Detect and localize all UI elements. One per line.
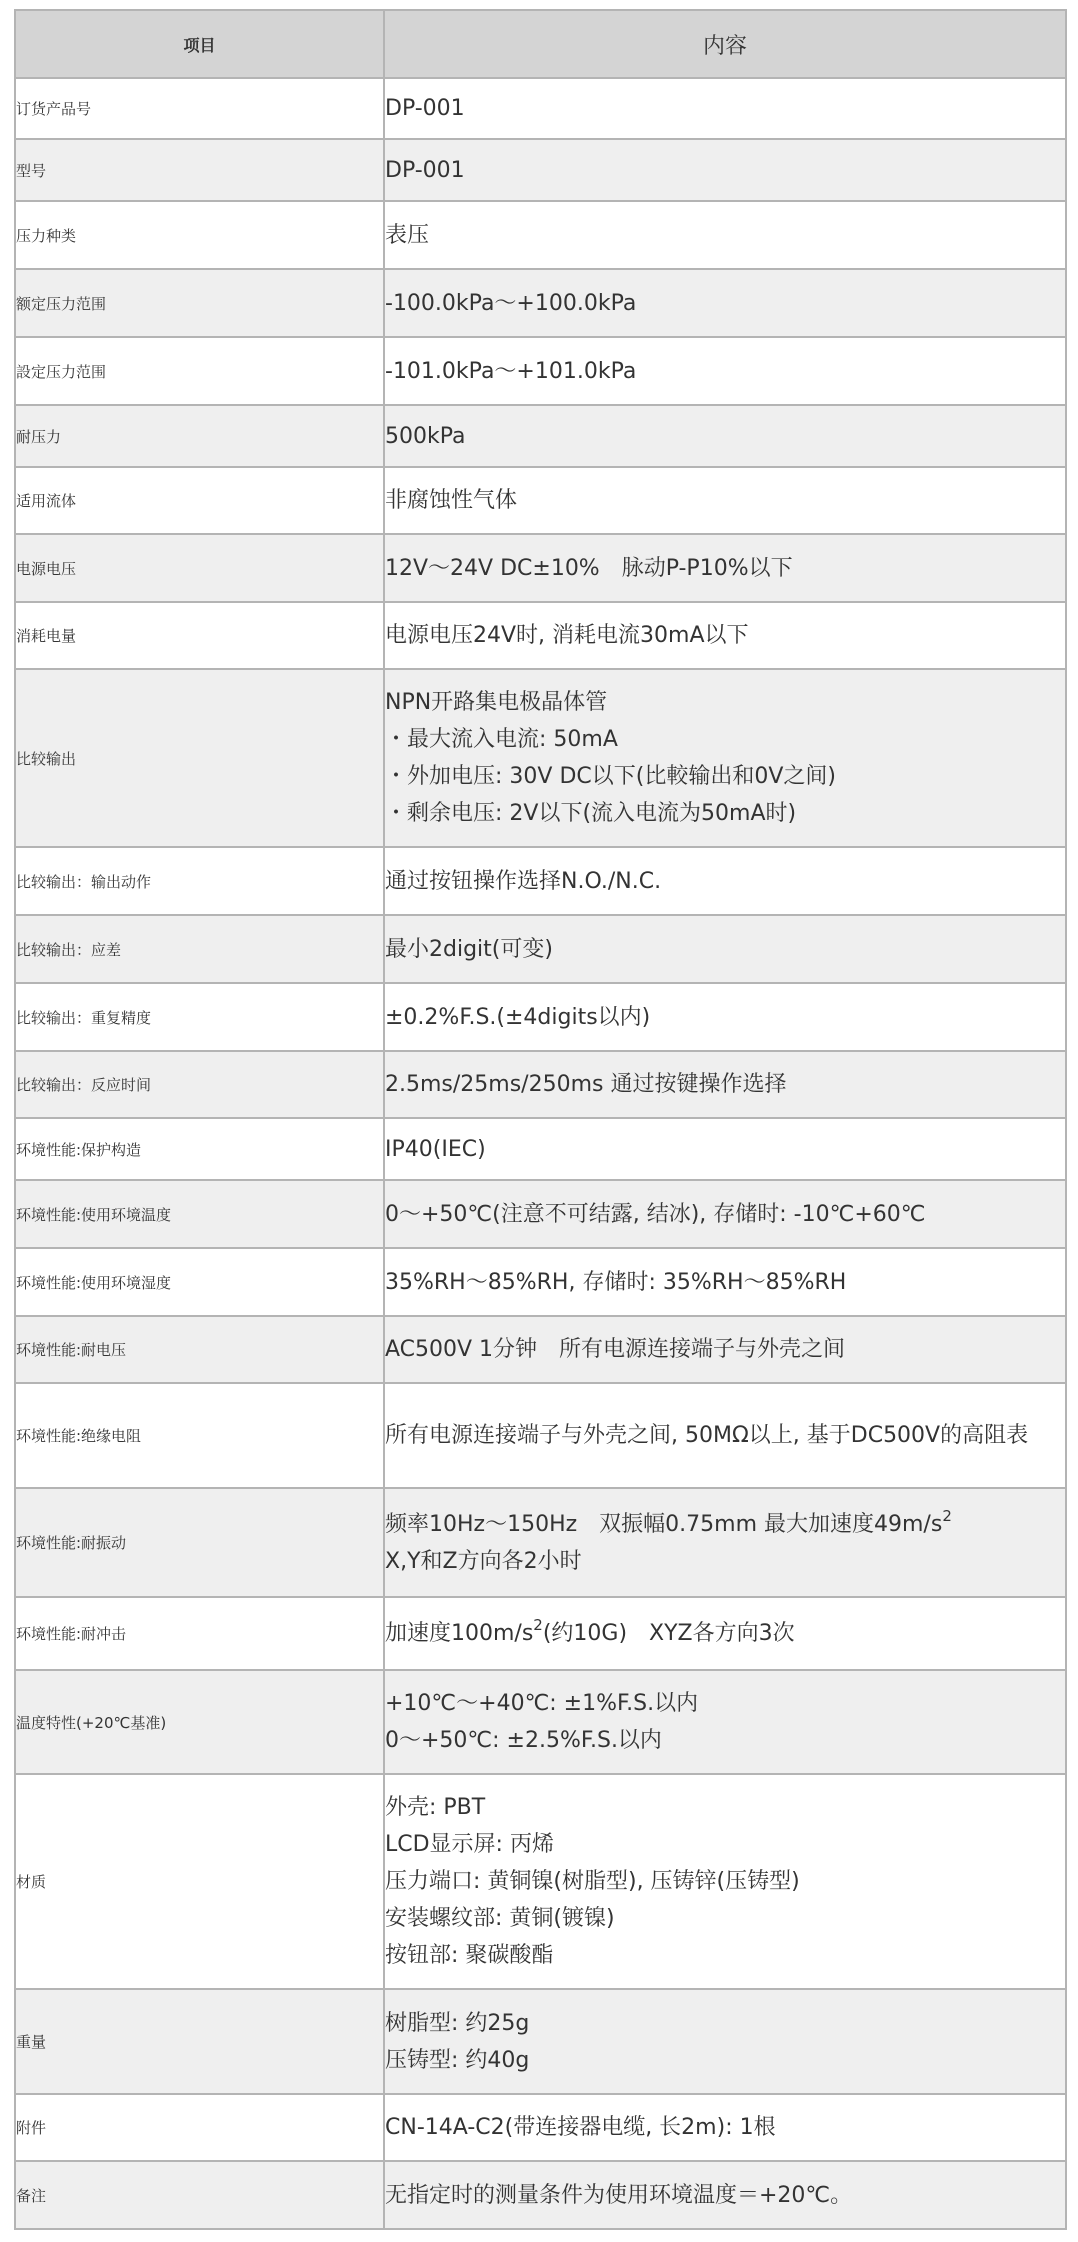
row-label: 压力种类 <box>15 201 384 269</box>
row-value: 500kPa <box>384 405 1066 467</box>
row-label: 环境性能:耐冲击 <box>15 1597 384 1670</box>
value-line: 外壳: PBT <box>385 1789 1065 1826</box>
table-row: 备注 无指定时的测量条件为使用环境温度＝+20℃。 <box>15 2161 1066 2229</box>
row-value: 非腐蚀性气体 <box>384 467 1066 534</box>
value-line: 压力端口: 黄铜镍(树脂型), 压铸锌(压铸型) <box>385 1863 1065 1900</box>
row-label: 設定压力范围 <box>15 337 384 405</box>
row-value: -101.0kPa～+101.0kPa <box>384 337 1066 405</box>
row-label: 比较输出：输出动作 <box>15 847 384 915</box>
table-row: 环境性能:使用环境温度 0～+50℃(注意不可结露, 结冰), 存储时: -10… <box>15 1180 1066 1248</box>
table-row: 电源电压 12V～24V DC±10% 脉动P-P10%以下 <box>15 534 1066 602</box>
value-line: CN-14A-C2(带连接器电缆, 长2m): 1根 <box>385 2109 1065 2146</box>
value-line: AC500V 1分钟 所有电源连接端子与外壳之间 <box>385 1331 1065 1368</box>
row-label: 消耗电量 <box>15 602 384 669</box>
table-row: 适用流体 非腐蚀性气体 <box>15 467 1066 534</box>
table-row: 比较输出 NPN开路集电极晶体管 ・最大流入电流: 50mA ・外加电压: 30… <box>15 669 1066 847</box>
row-label: 环境性能:耐电压 <box>15 1316 384 1383</box>
row-label: 电源电压 <box>15 534 384 602</box>
value-line: 加速度100m/s2(约10G) XYZ各方向3次 <box>385 1615 1065 1652</box>
row-label: 备注 <box>15 2161 384 2229</box>
row-label: 环境性能:保护构造 <box>15 1118 384 1180</box>
value-line: 安装螺纹部: 黄铜(镀镍) <box>385 1900 1065 1937</box>
row-value: 电源电压24V时, 消耗电流30mA以下 <box>384 602 1066 669</box>
row-label: 环境性能:绝缘电阻 <box>15 1383 384 1488</box>
table-row: 比较输出：应差 最小2digit(可变) <box>15 915 1066 983</box>
row-value: DP-001 <box>384 139 1066 201</box>
value-line: LCD显示屏: 丙烯 <box>385 1826 1065 1863</box>
table-row: 订货产品号 DP-001 <box>15 78 1066 139</box>
row-label: 材质 <box>15 1774 384 1989</box>
value-line: 频率10Hz～150Hz 双振幅0.75mm 最大加速度49m/s2 <box>385 1506 1065 1543</box>
table-row: 材质 外壳: PBT LCD显示屏: 丙烯 压力端口: 黄铜镍(树脂型), 压铸… <box>15 1774 1066 1989</box>
value-line: 非腐蚀性气体 <box>385 482 1065 519</box>
value-line: 表压 <box>385 217 1065 254</box>
row-value: 最小2digit(可变) <box>384 915 1066 983</box>
value-line: ・外加电压: 30V DC以下(比較输出和0V之间) <box>385 758 1065 795</box>
table-row: 环境性能:耐冲击 加速度100m/s2(约10G) XYZ各方向3次 <box>15 1597 1066 1670</box>
table-row: 比较输出：反应时间 2.5ms/25ms/250ms 通过按键操作选择 <box>15 1051 1066 1118</box>
row-label: 环境性能:使用环境湿度 <box>15 1248 384 1316</box>
value-line: DP-001 <box>385 90 1065 127</box>
row-label: 适用流体 <box>15 467 384 534</box>
row-value: 2.5ms/25ms/250ms 通过按键操作选择 <box>384 1051 1066 1118</box>
row-value: 通过按钮操作选择N.O./N.C. <box>384 847 1066 915</box>
value-line: 无指定时的测量条件为使用环境温度＝+20℃。 <box>385 2177 1065 2214</box>
value-line: 12V～24V DC±10% 脉动P-P10%以下 <box>385 550 1065 587</box>
value-line: 最小2digit(可变) <box>385 931 1065 968</box>
table-header-row: 项目 内容 <box>15 10 1066 78</box>
value-line: ・剩余电压: 2V以下(流入电流为50mA时) <box>385 795 1065 832</box>
spec-table: 项目 内容 订货产品号 DP-001 型号 DP-001 压力种类 表压 额定压… <box>14 9 1067 2230</box>
shock-text: 加速度100m/s <box>385 1621 533 1646</box>
table-row: 温度特性(+20℃基准) +10℃～+40℃: ±1%F.S.以内 0～+50℃… <box>15 1670 1066 1774</box>
vibration-text: 频率10Hz～150Hz 双振幅0.75mm 最大加速度49m/s <box>385 1512 942 1537</box>
row-value: AC500V 1分钟 所有电源连接端子与外壳之间 <box>384 1316 1066 1383</box>
row-label: 订货产品号 <box>15 78 384 139</box>
value-line: 按钮部: 聚碳酸酯 <box>385 1937 1065 1974</box>
value-line: +10℃～+40℃: ±1%F.S.以内 <box>385 1685 1065 1722</box>
table-row: 压力种类 表压 <box>15 201 1066 269</box>
shock-text-post: (约10G) XYZ各方向3次 <box>543 1621 795 1646</box>
row-label: 型号 <box>15 139 384 201</box>
value-line: 所有电源连接端子与外壳之间, 50MΩ以上, 基于DC500V的高阻表 <box>385 1417 1065 1454</box>
row-value: 外壳: PBT LCD显示屏: 丙烯 压力端口: 黄铜镍(树脂型), 压铸锌(压… <box>384 1774 1066 1989</box>
value-line: 35%RH～85%RH, 存储时: 35%RH～85%RH <box>385 1264 1065 1301</box>
value-line: 通过按钮操作选择N.O./N.C. <box>385 863 1065 900</box>
row-value: 无指定时的测量条件为使用环境温度＝+20℃。 <box>384 2161 1066 2229</box>
row-label: 比较输出：反应时间 <box>15 1051 384 1118</box>
value-line: 树脂型: 约25g <box>385 2005 1065 2042</box>
table-row: 额定压力范围 -100.0kPa～+100.0kPa <box>15 269 1066 337</box>
value-line: 2.5ms/25ms/250ms 通过按键操作选择 <box>385 1066 1065 1103</box>
table-row: 环境性能:使用环境湿度 35%RH～85%RH, 存储时: 35%RH～85%R… <box>15 1248 1066 1316</box>
value-line: 500kPa <box>385 418 1065 455</box>
table-row: 附件 CN-14A-C2(带连接器电缆, 长2m): 1根 <box>15 2094 1066 2161</box>
row-value: 树脂型: 约25g 压铸型: 约40g <box>384 1989 1066 2094</box>
row-value: +10℃～+40℃: ±1%F.S.以内 0～+50℃: ±2.5%F.S.以内 <box>384 1670 1066 1774</box>
table-row: 环境性能:保护构造 IP40(IEC) <box>15 1118 1066 1180</box>
row-value: 35%RH～85%RH, 存储时: 35%RH～85%RH <box>384 1248 1066 1316</box>
row-value: NPN开路集电极晶体管 ・最大流入电流: 50mA ・外加电压: 30V DC以… <box>384 669 1066 847</box>
row-label: 环境性能:使用环境温度 <box>15 1180 384 1248</box>
value-line: -101.0kPa～+101.0kPa <box>385 353 1065 390</box>
table-row: 型号 DP-001 <box>15 139 1066 201</box>
value-line: ±0.2%F.S.(±4digits以内) <box>385 999 1065 1036</box>
value-line: DP-001 <box>385 152 1065 189</box>
value-line: 0～+50℃(注意不可结露, 结冰), 存储时: -10℃+60℃ <box>385 1196 1065 1233</box>
row-value: 频率10Hz～150Hz 双振幅0.75mm 最大加速度49m/s2 X,Y和Z… <box>384 1488 1066 1597</box>
header-item: 项目 <box>15 10 384 78</box>
table-row: 环境性能:绝缘电阻 所有电源连接端子与外壳之间, 50MΩ以上, 基于DC500… <box>15 1383 1066 1488</box>
superscript-2: 2 <box>942 1507 952 1525</box>
value-line: IP40(IEC) <box>385 1131 1065 1168</box>
row-label: 比较输出 <box>15 669 384 847</box>
superscript-2: 2 <box>533 1616 543 1634</box>
row-value: ±0.2%F.S.(±4digits以内) <box>384 983 1066 1051</box>
table-row: 环境性能:耐振动 频率10Hz～150Hz 双振幅0.75mm 最大加速度49m… <box>15 1488 1066 1597</box>
table-row: 設定压力范围 -101.0kPa～+101.0kPa <box>15 337 1066 405</box>
value-line: 0～+50℃: ±2.5%F.S.以内 <box>385 1722 1065 1759</box>
row-value: 0～+50℃(注意不可结露, 结冰), 存储时: -10℃+60℃ <box>384 1180 1066 1248</box>
row-value: CN-14A-C2(带连接器电缆, 长2m): 1根 <box>384 2094 1066 2161</box>
table-row: 环境性能:耐电压 AC500V 1分钟 所有电源连接端子与外壳之间 <box>15 1316 1066 1383</box>
value-line: NPN开路集电极晶体管 <box>385 684 1065 721</box>
row-value: DP-001 <box>384 78 1066 139</box>
value-line: 压铸型: 约40g <box>385 2042 1065 2079</box>
row-label: 耐压力 <box>15 405 384 467</box>
row-value: 表压 <box>384 201 1066 269</box>
table-row: 消耗电量 电源电压24V时, 消耗电流30mA以下 <box>15 602 1066 669</box>
row-label: 温度特性(+20℃基准) <box>15 1670 384 1774</box>
row-label: 附件 <box>15 2094 384 2161</box>
row-label: 环境性能:耐振动 <box>15 1488 384 1597</box>
row-label: 重量 <box>15 1989 384 2094</box>
header-content: 内容 <box>384 10 1066 78</box>
row-value: 加速度100m/s2(约10G) XYZ各方向3次 <box>384 1597 1066 1670</box>
row-value: 12V～24V DC±10% 脉动P-P10%以下 <box>384 534 1066 602</box>
table-row: 比较输出：输出动作 通过按钮操作选择N.O./N.C. <box>15 847 1066 915</box>
row-value: -100.0kPa～+100.0kPa <box>384 269 1066 337</box>
table-row: 比较输出：重复精度 ±0.2%F.S.(±4digits以内) <box>15 983 1066 1051</box>
value-line: ・最大流入电流: 50mA <box>385 721 1065 758</box>
value-line: 电源电压24V时, 消耗电流30mA以下 <box>385 617 1065 654</box>
row-label: 比较输出：应差 <box>15 915 384 983</box>
row-value: 所有电源连接端子与外壳之间, 50MΩ以上, 基于DC500V的高阻表 <box>384 1383 1066 1488</box>
table-row: 耐压力 500kPa <box>15 405 1066 467</box>
row-label: 额定压力范围 <box>15 269 384 337</box>
row-label: 比较输出：重复精度 <box>15 983 384 1051</box>
table-row: 重量 树脂型: 约25g 压铸型: 约40g <box>15 1989 1066 2094</box>
value-line: -100.0kPa～+100.0kPa <box>385 285 1065 322</box>
value-line: X,Y和Z方向各2小时 <box>385 1543 1065 1580</box>
row-value: IP40(IEC) <box>384 1118 1066 1180</box>
